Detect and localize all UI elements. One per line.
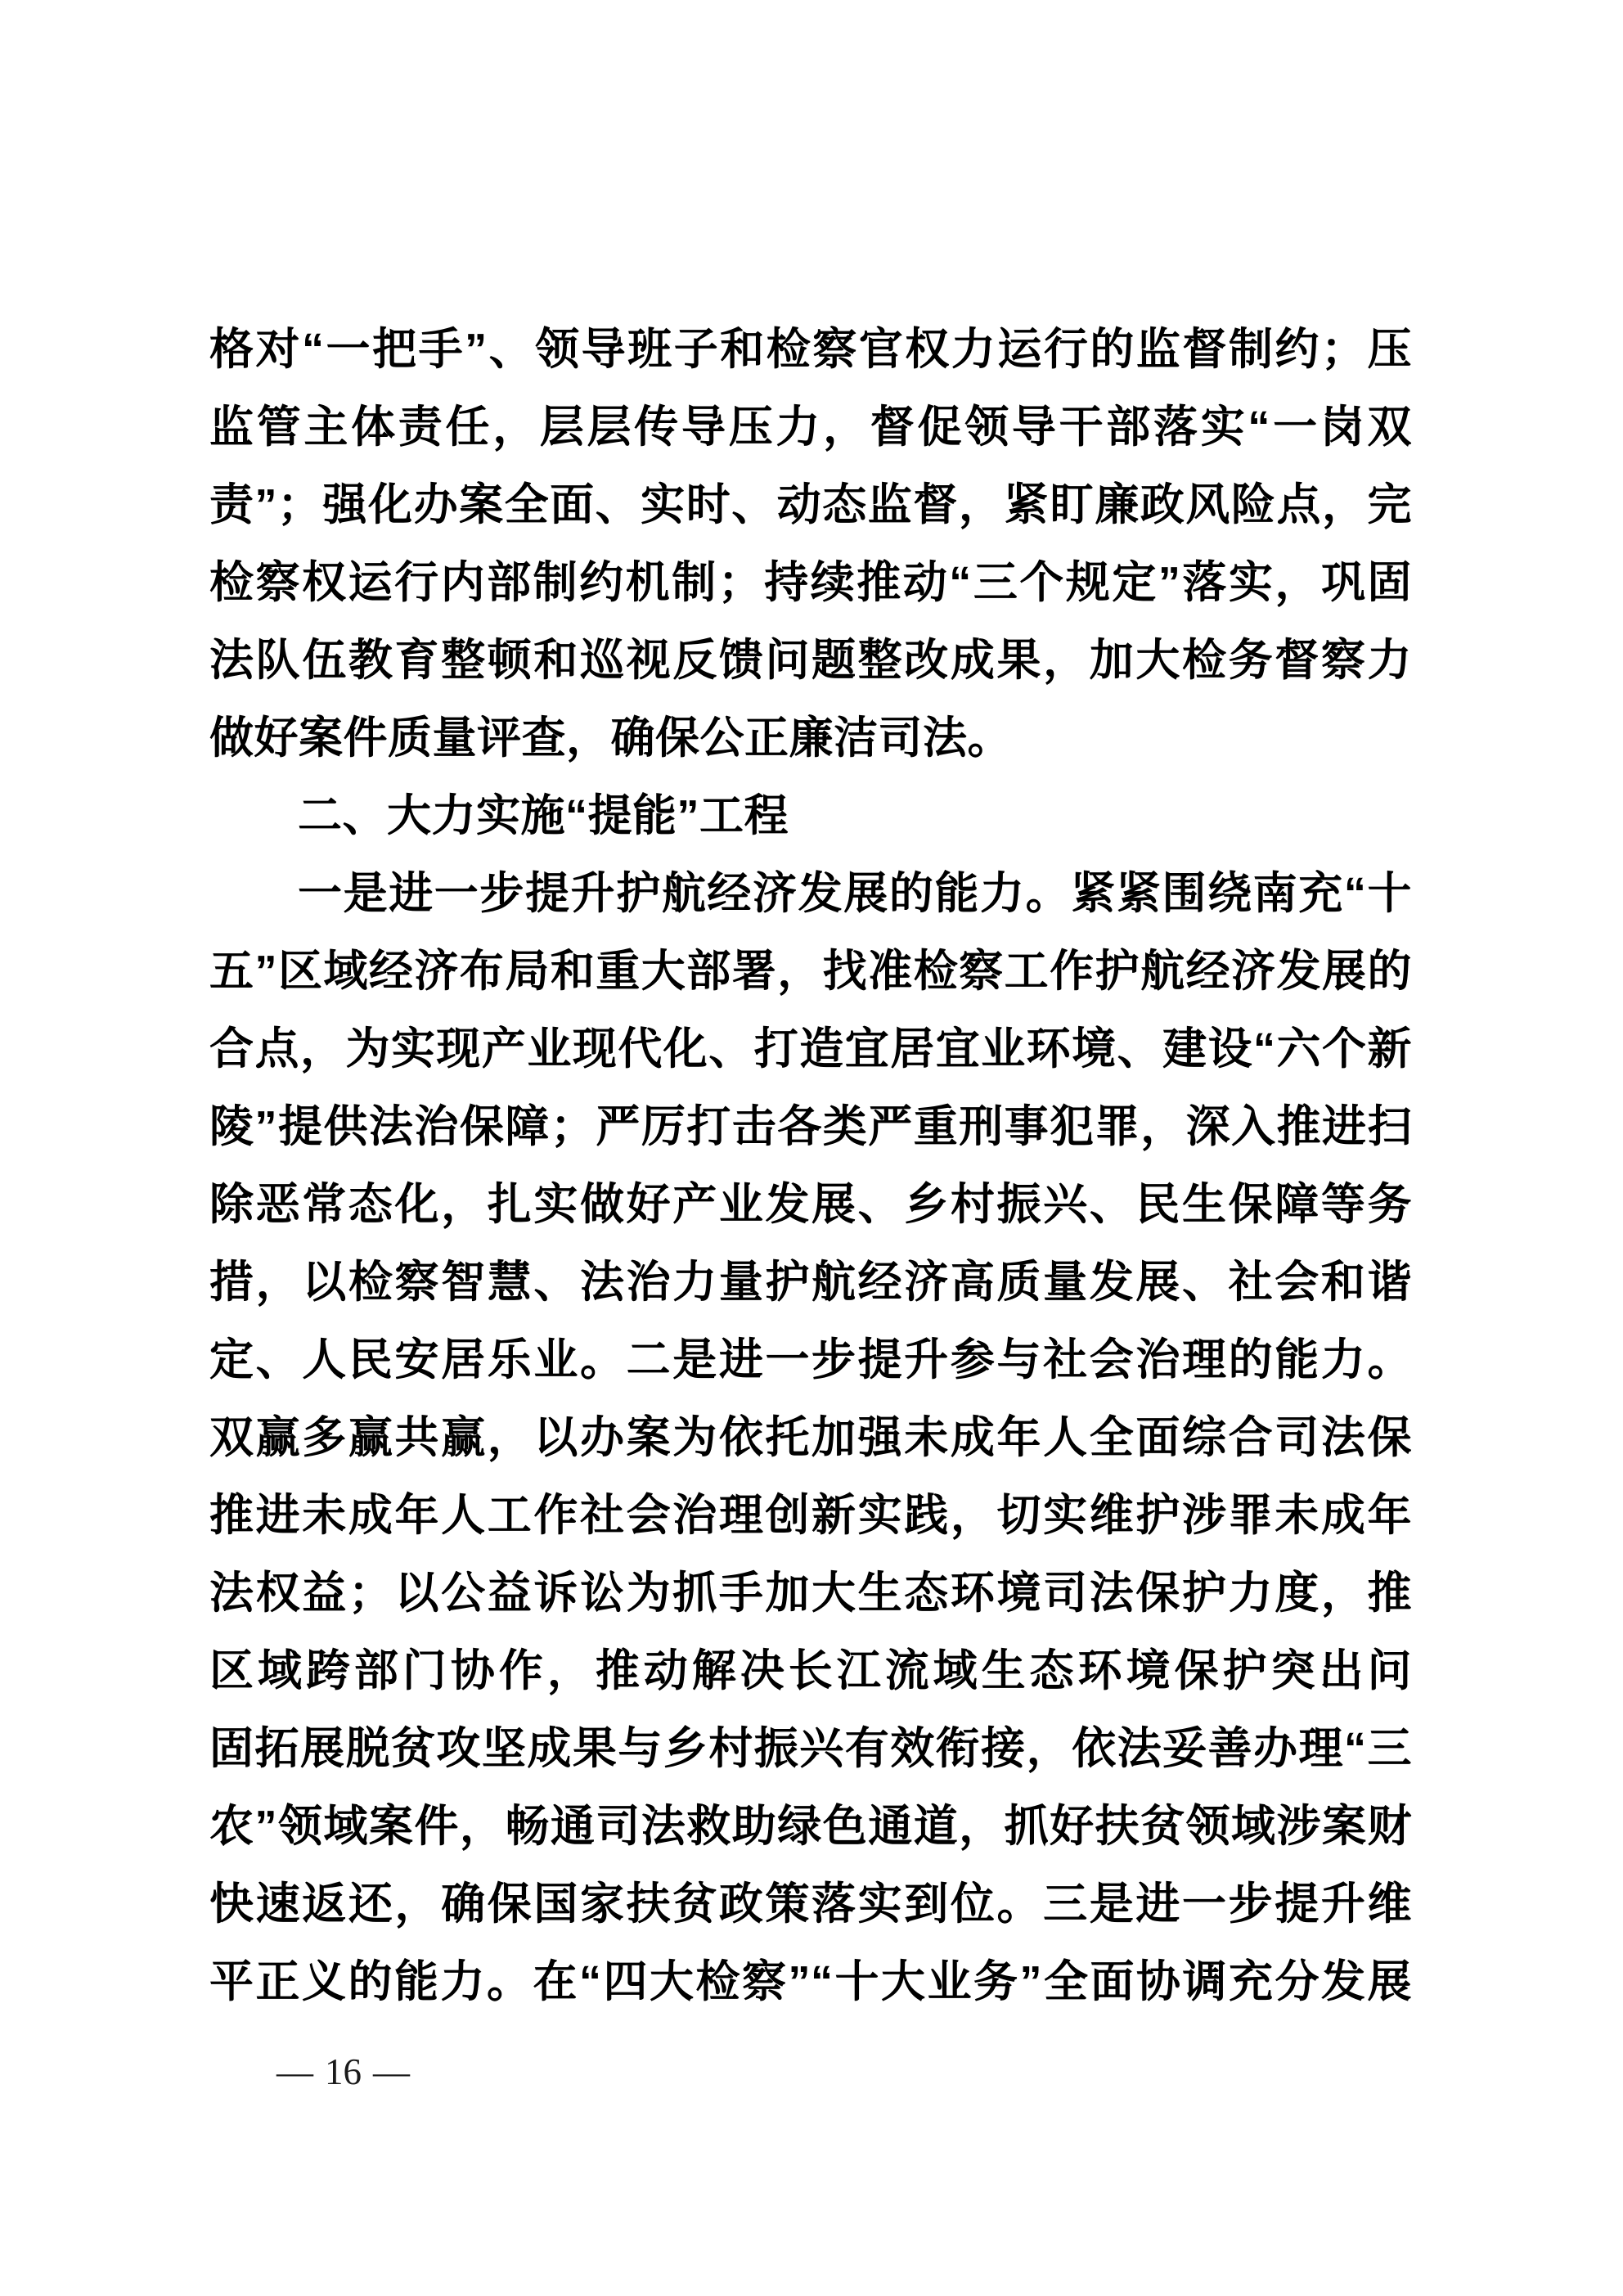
text-line: 平正义的能力。在“四大检察”“十大业务”全面协调充分发展 bbox=[209, 1943, 1412, 2021]
text-line: 快速返还，确保国家扶贫政策落实到位。三是进一步提升维护公 bbox=[209, 1866, 1412, 1943]
text-line: 五”区域经济布局和重大部署，找准检察工作护航经济发展的契 bbox=[209, 933, 1412, 1011]
text-line: 格对“一把手”、领导班子和检察官权力运行的监督制约；压实 bbox=[209, 311, 1412, 389]
footer-dash-left: — bbox=[276, 2051, 313, 2092]
document-page: 格对“一把手”、领导班子和检察官权力运行的监督制约；压实 监管主体责任，层层传导… bbox=[0, 0, 1623, 2296]
text-line: 一是进一步提升护航经济发展的能力。紧紧围绕南充“十四 bbox=[209, 855, 1412, 933]
text-line: 推进未成年人工作社会治理创新实践，切实维护涉罪未成年人合 bbox=[209, 1477, 1412, 1555]
text-line: 固拓展脱贫攻坚成果与乡村振兴有效衔接，依法妥善办理“三 bbox=[209, 1710, 1412, 1788]
text-line: 法队伍教育整顿和巡视反馈问题整改成果，加大检务督察力度， bbox=[209, 622, 1412, 700]
text-line: 做好案件质量评查，确保公正廉洁司法。 bbox=[209, 700, 1412, 777]
page-footer: —16— bbox=[276, 2047, 410, 2096]
paragraph: 一是进一步提升护航经济发展的能力。紧紧围绕南充“十四 五”区域经济布局和重大部署… bbox=[209, 855, 1412, 2021]
text-line: 检察权运行内部制约机制；持续推动“三个规定”落实，巩固政 bbox=[209, 544, 1412, 622]
text-line: 陵”提供法治保障；严厉打击各类严重刑事犯罪，深入推进扫黑 bbox=[209, 1088, 1412, 1166]
section-heading: 二、大力实施“提能”工程 bbox=[209, 777, 1412, 855]
document-body: 格对“一把手”、领导班子和检察官权力运行的监督制约；压实 监管主体责任，层层传导… bbox=[209, 311, 1412, 2021]
text-line: 监管主体责任，层层传导压力，督促领导干部落实“一岗双 bbox=[209, 389, 1412, 466]
text-line: 法权益；以公益诉讼为抓手加大生态环境司法保护力度，推进跨 bbox=[209, 1555, 1412, 1632]
text-line: 除恶常态化，扎实做好产业发展、乡村振兴、民生保障等务实举 bbox=[209, 1166, 1412, 1244]
text-line: 区域跨部门协作，推动解决长江流域生态环境保护突出问题；巩 bbox=[209, 1632, 1412, 1710]
footer-dash-right: — bbox=[373, 2051, 410, 2092]
text-line: 措，以检察智慧、法治力量护航经济高质量发展、社会和谐稳 bbox=[209, 1244, 1412, 1321]
text-line: 双赢多赢共赢，以办案为依托加强未成年人全面综合司法保护， bbox=[209, 1399, 1412, 1477]
text-line: 合点，为实现产业现代化、打造宜居宜业环境、建设“六个新嘉 bbox=[209, 1011, 1412, 1088]
text-line: 责”；强化办案全面、实时、动态监督，紧盯廉政风险点，完善 bbox=[209, 466, 1412, 544]
text-line: 定、人民安居乐业。二是进一步提升参与社会治理的能力。坚持 bbox=[209, 1321, 1412, 1399]
paragraph: 格对“一把手”、领导班子和检察官权力运行的监督制约；压实 监管主体责任，层层传导… bbox=[209, 311, 1412, 777]
text-line: 农”领域案件，畅通司法救助绿色通道，抓好扶贫领域涉案财物 bbox=[209, 1788, 1412, 1866]
page-number: 16 bbox=[325, 2051, 362, 2092]
